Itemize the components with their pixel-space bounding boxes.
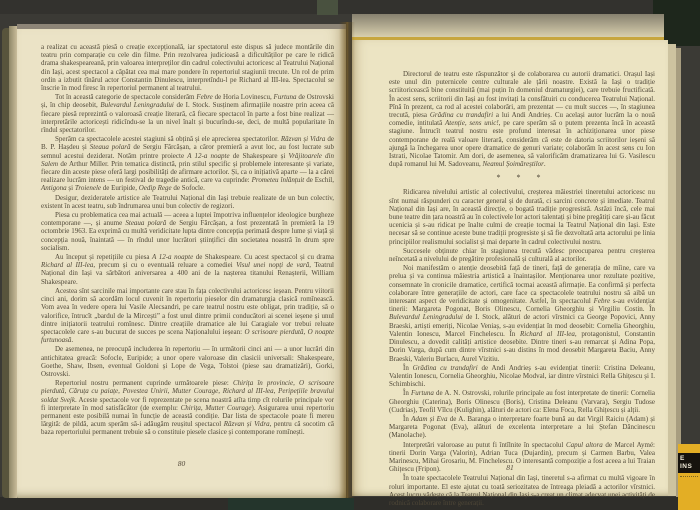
spine-label-line1: E	[680, 455, 698, 463]
paragraph: Tot în această categorie de spectacole c…	[41, 93, 334, 134]
paragraph: Piesa cu problematica cea mai actuală — …	[41, 211, 334, 252]
page-number-right: 81	[352, 463, 668, 472]
right-page-text-bottom: Ridicarea nivelului artistic al colectiv…	[389, 188, 655, 507]
book-scan-photo: a realizat cu această piesă o creație ex…	[0, 0, 700, 510]
background-top	[0, 0, 700, 14]
book-cover-spine-tip	[317, 0, 338, 15]
spine-label: E INS	[678, 444, 700, 510]
page-fore-edge	[668, 44, 676, 496]
paragraph: În Adam și Eva de A. Baranga o interpret…	[389, 415, 655, 440]
paragraph: Repertoriul nostru permanent cuprinde ur…	[41, 379, 334, 436]
paragraph: Sperăm ca spectacolele acestei stagiuni …	[41, 135, 334, 192]
paragraph: În Furtuna de A. N. Ostrovski, rolurile …	[389, 389, 655, 414]
paragraph: Desigur, dezideratele artistice ale Teat…	[41, 194, 334, 210]
page-edges-top-right	[352, 14, 664, 40]
spine-label-line2: INS	[680, 463, 698, 471]
paragraph: Noi manifestăm o atenție deosebită față …	[389, 264, 655, 362]
page-fore-edge-shade	[676, 48, 681, 497]
left-page: a realizat cu această piesă o creație ex…	[17, 24, 346, 498]
paragraph: Acestea sînt sarcinile mai importante ca…	[41, 287, 334, 344]
paragraph: a realizat cu această piesă o creație ex…	[41, 43, 334, 92]
book-gutter	[339, 22, 355, 498]
paragraph: În Grădina cu trandafiri de Andi Andrieș…	[389, 364, 655, 389]
right-page-text-top: Directorul de teatru este răspunzător și…	[389, 70, 655, 168]
spine-label-band: E INS	[678, 453, 700, 473]
paragraph: De asemenea, ne preocupă includerea în r…	[41, 345, 334, 378]
right-page: Directorul de teatru este răspunzător și…	[352, 40, 668, 496]
spine-label-small-print	[680, 476, 698, 477]
book-cover-bottom-edge	[228, 498, 354, 510]
page-number-left: 80	[17, 459, 346, 468]
paragraph: Ridicarea nivelului artistic al colectiv…	[389, 188, 655, 245]
paragraph: Succesele obținute chiar în stagiunea tr…	[389, 247, 655, 263]
page-edges-left	[9, 26, 17, 498]
section-break-asterisks: * * *	[389, 173, 655, 182]
paragraph: În toate spectacolele Teatrului Național…	[389, 474, 655, 507]
paragraph: Directorul de teatru este răspunzător și…	[389, 70, 655, 168]
book-cover-edge-left	[2, 28, 9, 498]
paragraph: Au început și repetițiile cu piesa A 12-…	[41, 253, 334, 286]
left-page-text: a realizat cu această piesă o creație ex…	[41, 43, 334, 438]
